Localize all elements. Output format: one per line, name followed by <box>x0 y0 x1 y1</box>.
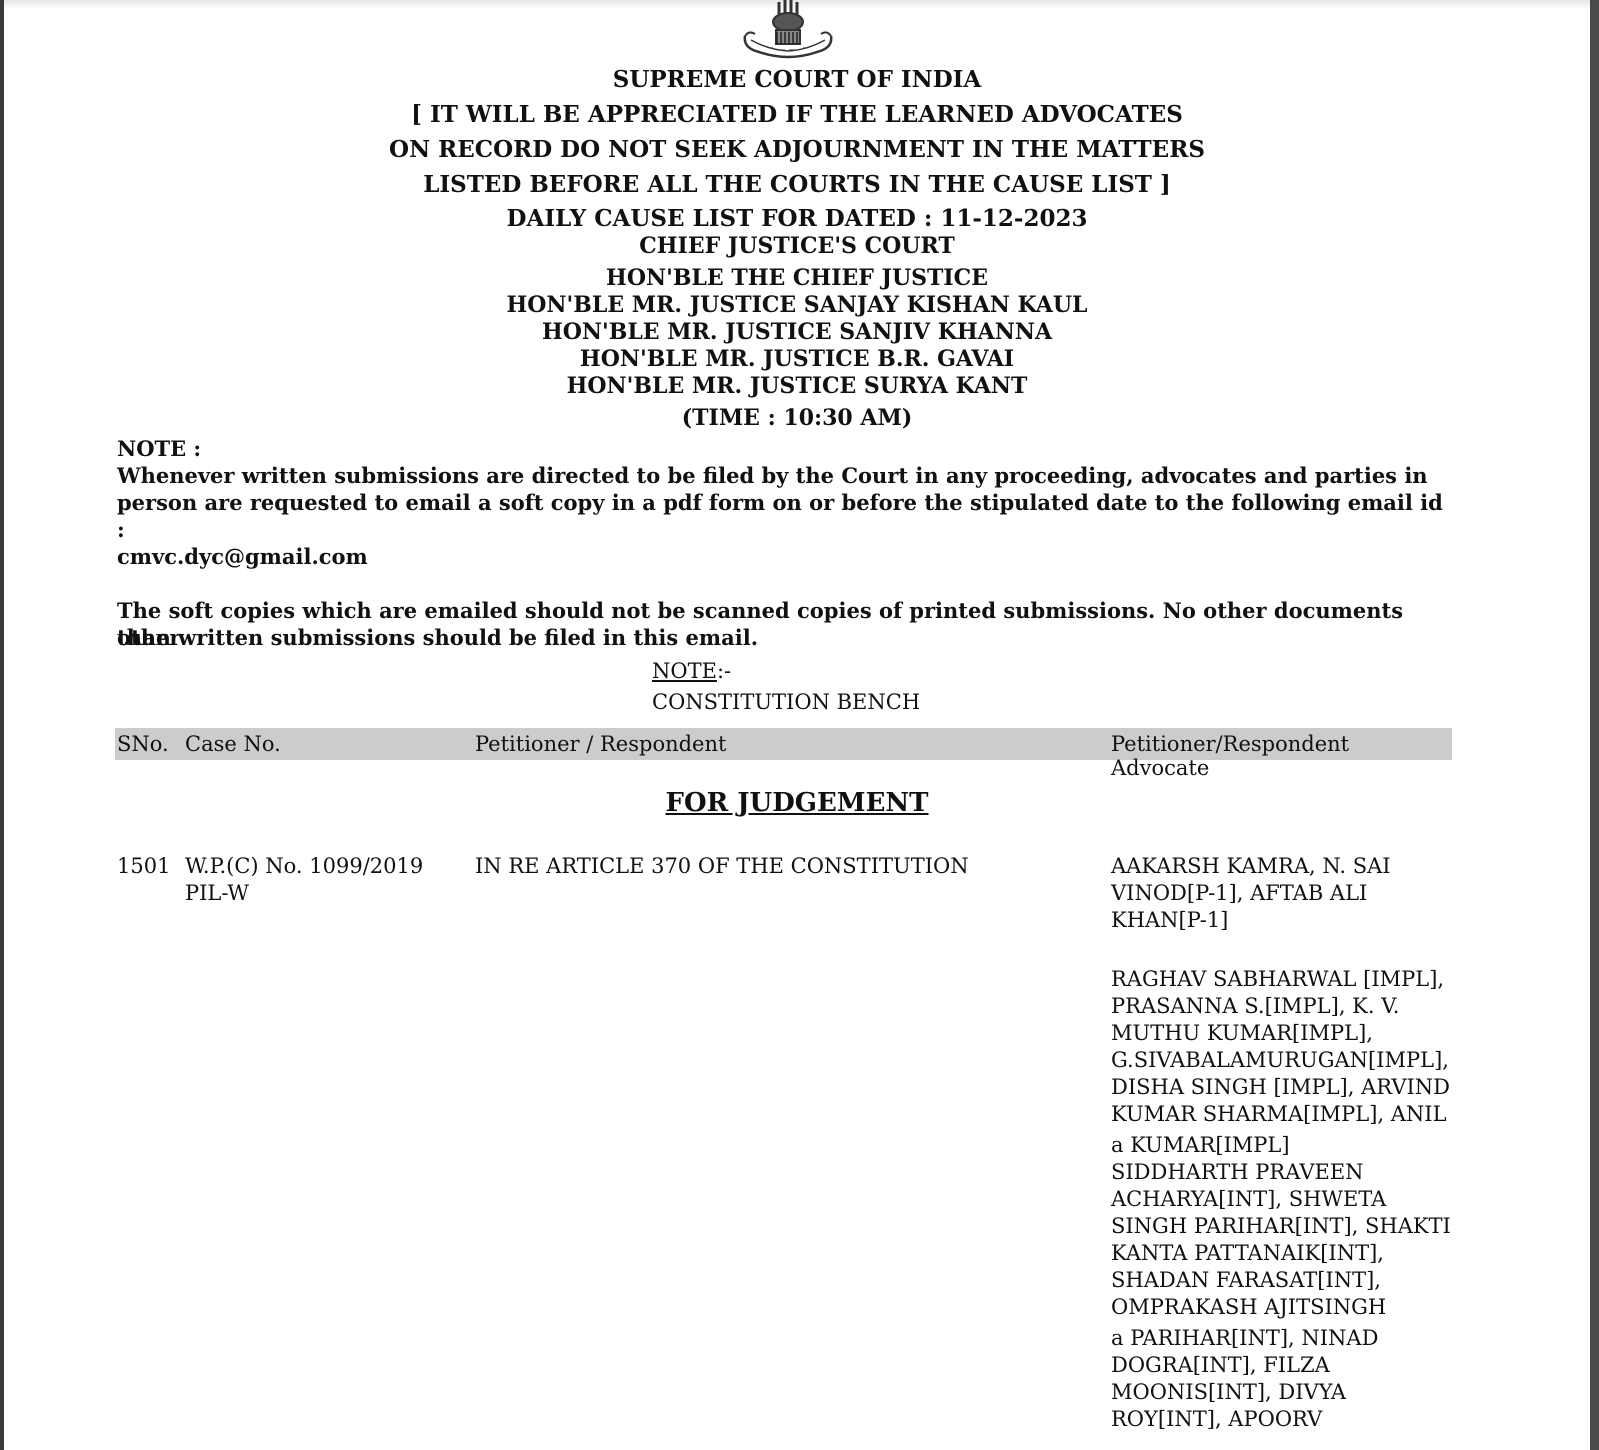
header-parties: Petitioner / Respondent <box>475 732 726 756</box>
advocate-line: KANTA PATTANAIK[INT], <box>1111 1240 1456 1267</box>
appeal-line-3: LISTED BEFORE ALL THE COURTS IN THE CAUS… <box>4 171 1590 198</box>
row-advocates-group-3: a KUMAR[IMPL] SIDDHARTH PRAVEEN ACHARYA[… <box>1111 1132 1456 1321</box>
advocate-line: a PARIHAR[INT], NINAD <box>1111 1325 1456 1352</box>
cause-list-date: DAILY CAUSE LIST FOR DATED : 11-12-2023 <box>4 205 1590 232</box>
court-name: SUPREME COURT OF INDIA <box>4 66 1590 93</box>
advocate-line: VINOD[P-1], AFTAB ALI <box>1111 880 1456 907</box>
row-parties: IN RE ARTICLE 370 OF THE CONSTITUTION <box>475 853 969 880</box>
header-sno: SNo. <box>117 732 169 756</box>
advocate-line: MUTHU KUMAR[IMPL], <box>1111 1020 1456 1047</box>
sitting-time: (TIME : 10:30 AM) <box>4 405 1590 431</box>
bench-note: NOTE:- <box>652 659 731 683</box>
emblem-icon <box>739 0 839 62</box>
advocate-line: OMPRAKASH AJITSINGH <box>1111 1294 1456 1321</box>
appeal-line-1: [ IT WILL BE APPRECIATED IF THE LEARNED … <box>4 101 1590 128</box>
bench-type: CONSTITUTION BENCH <box>652 690 920 714</box>
advocate-line: a KUMAR[IMPL] <box>1111 1132 1456 1159</box>
row-sno: 1501 <box>117 853 170 880</box>
advocate-line: KUMAR SHARMA[IMPL], ANIL <box>1111 1101 1456 1128</box>
advocate-line: RAGHAV SABHARWAL [IMPL], <box>1111 966 1456 993</box>
row-advocates-group-1: AAKARSH KAMRA, N. SAI VINOD[P-1], AFTAB … <box>1111 853 1456 934</box>
row-advocates-group-2: RAGHAV SABHARWAL [IMPL], PRASANNA S.[IMP… <box>1111 966 1456 1128</box>
bench-note-suffix: :- <box>717 659 731 683</box>
advocate-line: AAKARSH KAMRA, N. SAI <box>1111 853 1456 880</box>
section-for-judgement: FOR JUDGEMENT <box>4 788 1590 818</box>
header-advocates: Petitioner/Respondent Advocate <box>1111 732 1452 780</box>
advocate-line: ACHARYA[INT], SHWETA <box>1111 1186 1456 1213</box>
advocate-line: KHAN[P-1] <box>1111 907 1456 934</box>
bench-judge-3: HON'BLE MR. JUSTICE SANJIV KHANNA <box>4 319 1590 345</box>
advocate-line: DISHA SINGH [IMPL], ARVIND <box>1111 1074 1456 1101</box>
note-line-1: Whenever written submissions are directe… <box>117 462 1457 489</box>
advocate-line: G.SIVABALAMURUGAN[IMPL], <box>1111 1047 1456 1074</box>
advocate-line: ROY[INT], APOORV <box>1111 1406 1456 1433</box>
note-line-2: person are requested to email a soft cop… <box>117 489 1457 543</box>
court-room: CHIEF JUSTICE'S COURT <box>4 233 1590 259</box>
row-case-no[interactable]: W.P.(C) No. 1099/2019 <box>185 853 423 880</box>
advocate-line: SIDDHARTH PRAVEEN <box>1111 1159 1456 1186</box>
bench-note-label: NOTE <box>652 659 717 683</box>
header-case-no: Case No. <box>185 732 281 756</box>
bench-judge-1: HON'BLE THE CHIEF JUSTICE <box>4 265 1590 291</box>
row-advocates-group-4: a PARIHAR[INT], NINAD DOGRA[INT], FILZA … <box>1111 1325 1456 1433</box>
bench-judge-5: HON'BLE MR. JUSTICE SURYA KANT <box>4 373 1590 399</box>
bench-judge-2: HON'BLE MR. JUSTICE SANJAY KISHAN KAUL <box>4 292 1590 318</box>
advocate-line: PRASANNA S.[IMPL], K. V. <box>1111 993 1456 1020</box>
cause-list-page: SUPREME COURT OF INDIA [ IT WILL BE APPR… <box>4 0 1590 1450</box>
advocate-line: DOGRA[INT], FILZA <box>1111 1352 1456 1379</box>
note-email[interactable]: cmvc.dyc@gmail.com <box>117 543 1457 570</box>
note-line-4: than written submissions should be filed… <box>117 624 1457 651</box>
advocate-line: MOONIS[INT], DIVYA <box>1111 1379 1456 1406</box>
note-heading: NOTE : <box>117 435 1457 462</box>
bench-judge-4: HON'BLE MR. JUSTICE B.R. GAVAI <box>4 346 1590 372</box>
advocate-line: SHADAN FARASAT[INT], <box>1111 1267 1456 1294</box>
appeal-line-2: ON RECORD DO NOT SEEK ADJOURNMENT IN THE… <box>4 136 1590 163</box>
advocate-line: SINGH PARIHAR[INT], SHAKTI <box>1111 1213 1456 1240</box>
table-header: SNo. Case No. Petitioner / Respondent Pe… <box>115 728 1452 760</box>
row-case-type: PIL-W <box>185 880 249 907</box>
viewer-scrollbar-gutter[interactable] <box>1590 0 1599 1450</box>
